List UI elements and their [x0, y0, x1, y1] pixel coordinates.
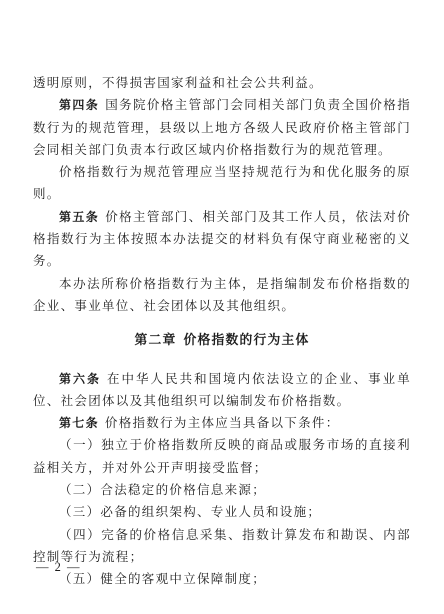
body-paragraph: 价格指数行为规范管理应当坚持规范行为和优化服务的原则。 — [33, 161, 411, 206]
article-paragraph: 第五条价格主管部门、相关部门及其工作人员，依法对价格指数行为主体按照本办法提交的… — [33, 206, 411, 273]
body-paragraph: 本办法所称价格指数行为主体，是指编制发布价格指数的企业、事业单位、社会团体以及其… — [33, 273, 411, 318]
paragraph-text: （五）健全的客观中立保障制度； — [59, 572, 266, 586]
paragraph-text: （四）完备的价格信息采集、指数计算发布和勘误、内部控制等行为流程； — [33, 528, 411, 564]
article-number: 第四条 — [59, 98, 99, 112]
document-page: 透明原则，不得损害国家利益和社会公共利益。 第四条国务院价格主管部门会同相关部门… — [0, 0, 444, 614]
article-paragraph: 第六条在中华人民共和国境内依法设立的企业、事业单位、社会团体以及其他组织可以编制… — [33, 368, 411, 413]
paragraph-text: （二）合法稳定的价格信息来源； — [59, 483, 266, 497]
body-paragraph: 透明原则，不得损害国家利益和社会公共利益。 — [33, 72, 411, 94]
document-body: 透明原则，不得损害国家利益和社会公共利益。 第四条国务院价格主管部门会同相关部门… — [33, 72, 411, 591]
page-number: — 2 — — [36, 560, 81, 575]
list-item-paragraph: （四）完备的价格信息采集、指数计算发布和勘误、内部控制等行为流程； — [33, 524, 411, 569]
list-item-paragraph: （一）独立于价格指数所反映的商品或服务市场的直接利益相关方，并对外公开声明接受监… — [33, 434, 411, 479]
list-item-paragraph: （五）健全的客观中立保障制度； — [33, 568, 411, 590]
article-number: 第六条 — [59, 372, 101, 386]
list-item-paragraph: （三）必备的组织架构、专业人员和设施； — [33, 501, 411, 523]
list-item-paragraph: （二）合法稳定的价格信息来源； — [33, 479, 411, 501]
article-number: 第五条 — [59, 210, 99, 224]
paragraph-text: 透明原则，不得损害国家利益和社会公共利益。 — [33, 76, 323, 90]
paragraph-text: （三）必备的组织架构、专业人员和设施； — [59, 505, 321, 519]
article-number: 第七条 — [59, 416, 99, 430]
chapter-title: 价格指数的行为主体 — [184, 332, 310, 347]
paragraph-text: （一）独立于价格指数所反映的商品或服务市场的直接利益相关方，并对外公开声明接受监… — [33, 438, 411, 474]
article-paragraph: 第四条国务院价格主管部门会同相关部门负责全国价格指数行为的规范管理，县级以上地方… — [33, 94, 411, 161]
paragraph-text: 价格指数行为规范管理应当坚持规范行为和优化服务的原则。 — [33, 165, 411, 201]
chapter-heading: 第二章价格指数的行为主体 — [33, 329, 411, 351]
paragraph-text: 价格指数行为主体应当具备以下条件： — [105, 416, 340, 430]
article-paragraph: 第七条价格指数行为主体应当具备以下条件： — [33, 412, 411, 434]
paragraph-text: 本办法所称价格指数行为主体，是指编制发布价格指数的企业、事业单位、社会团体以及其… — [33, 277, 411, 313]
chapter-number: 第二章 — [135, 332, 177, 347]
